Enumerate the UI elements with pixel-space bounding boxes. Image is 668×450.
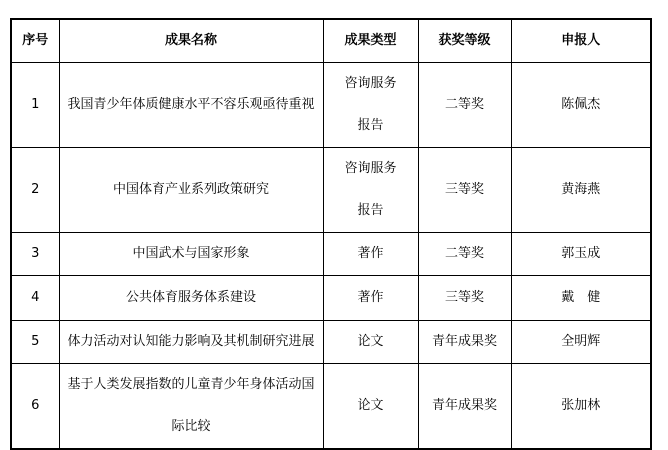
cell-applicant: 戴 健 (511, 276, 651, 321)
table-row: 3 中国武术与国家形象 著作 二等奖 郭玉成 (11, 233, 651, 276)
cell-no: 3 (11, 233, 59, 276)
cell-name: 基于人类发展指数的儿童青少年身体活动国 际比较 (59, 364, 323, 450)
cell-name: 体力活动对认知能力影响及其机制研究进展 (59, 321, 323, 364)
cell-no: 4 (11, 276, 59, 321)
cell-type: 著作 (323, 233, 418, 276)
cell-award: 三等奖 (418, 276, 511, 321)
cell-type: 论文 (323, 321, 418, 364)
cell-no: 6 (11, 364, 59, 450)
cell-award: 青年成果奖 (418, 364, 511, 450)
cell-applicant: 全明辉 (511, 321, 651, 364)
table-row: 5 体力活动对认知能力影响及其机制研究进展 论文 青年成果奖 全明辉 (11, 321, 651, 364)
cell-applicant: 张加林 (511, 364, 651, 450)
table-row: 2 中国体育产业系列政策研究 咨询服务 报告 三等奖 黄海燕 (11, 148, 651, 233)
table-row: 1 我国青少年体质健康水平不容乐观亟待重视 咨询服务 报告 二等奖 陈佩杰 (11, 63, 651, 148)
column-header-applicant: 申报人 (511, 19, 651, 63)
cell-award: 二等奖 (418, 63, 511, 148)
cell-name: 中国武术与国家形象 (59, 233, 323, 276)
column-header-name: 成果名称 (59, 19, 323, 63)
cell-name: 我国青少年体质健康水平不容乐观亟待重视 (59, 63, 323, 148)
cell-type: 咨询服务 报告 (323, 63, 418, 148)
table-row: 6 基于人类发展指数的儿童青少年身体活动国 际比较 论文 青年成果奖 张加林 (11, 364, 651, 450)
cell-type: 著作 (323, 276, 418, 321)
cell-applicant: 陈佩杰 (511, 63, 651, 148)
cell-no: 5 (11, 321, 59, 364)
table-row: 4 公共体育服务体系建设 著作 三等奖 戴 健 (11, 276, 651, 321)
awards-table-container: 序号 成果名称 成果类型 获奖等级 申报人 1 我国青少年体质健康水平不容乐观亟… (10, 18, 652, 450)
cell-name: 公共体育服务体系建设 (59, 276, 323, 321)
table-header-row: 序号 成果名称 成果类型 获奖等级 申报人 (11, 19, 651, 63)
cell-no: 1 (11, 63, 59, 148)
cell-no: 2 (11, 148, 59, 233)
cell-type: 咨询服务 报告 (323, 148, 418, 233)
cell-name: 中国体育产业系列政策研究 (59, 148, 323, 233)
cell-award: 三等奖 (418, 148, 511, 233)
cell-award: 二等奖 (418, 233, 511, 276)
cell-award: 青年成果奖 (418, 321, 511, 364)
column-header-no: 序号 (11, 19, 59, 63)
column-header-award: 获奖等级 (418, 19, 511, 63)
column-header-type: 成果类型 (323, 19, 418, 63)
awards-table: 序号 成果名称 成果类型 获奖等级 申报人 1 我国青少年体质健康水平不容乐观亟… (10, 18, 652, 450)
cell-type: 论文 (323, 364, 418, 450)
cell-applicant: 郭玉成 (511, 233, 651, 276)
cell-applicant: 黄海燕 (511, 148, 651, 233)
